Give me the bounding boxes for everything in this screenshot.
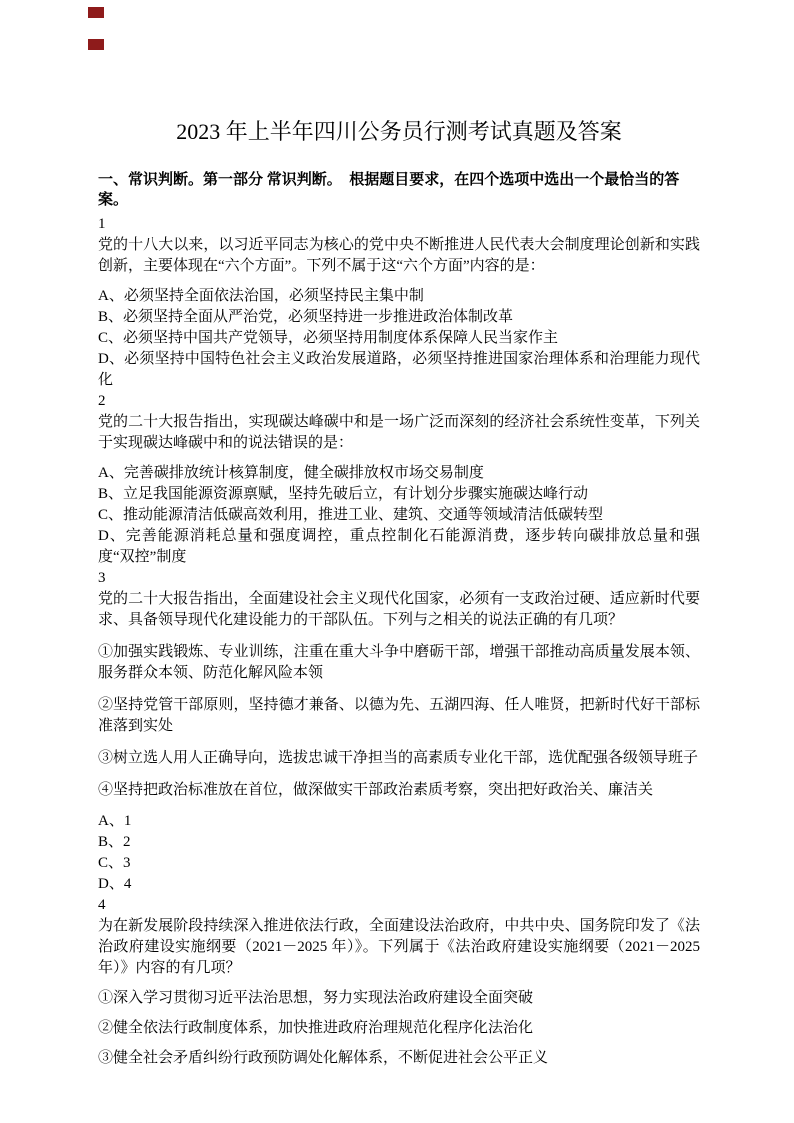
question-3-statement-1: ①加强实践锻炼、专业训练，注重在重大斗争中磨砺干部，增强干部推动高质量发展本领、…	[98, 642, 700, 684]
question-2: 2 党的二十大报告指出，实现碳达峰碳中和是一场广泛而深刻的经济社会系统性变革，下…	[98, 391, 700, 568]
question-3-option-b: B、2	[98, 832, 700, 853]
question-3-statement-4: ④坚持把政治标准放在首位，做深做实干部政治素质考察，突出把好政治关、廉洁关	[98, 780, 700, 801]
question-1-number: 1	[98, 214, 700, 235]
corner-mark-bottom	[88, 39, 104, 50]
question-3: 3 党的二十大报告指出，全面建设社会主义现代化国家，必须有一支政治过硬、适应新时…	[98, 568, 700, 895]
corner-mark-top	[88, 7, 104, 18]
question-1: 1 党的十八大以来，以习近平同志为核心的党中央不断推进人民代表大会制度理论创新和…	[98, 214, 700, 391]
question-4-statement-1: ①深入学习贯彻习近平法治思想，努力实现法治政府建设全面突破	[98, 988, 700, 1009]
question-2-option-c: C、推动能源清洁低碳高效利用，推进工业、建筑、交通等领域清洁低碳转型	[98, 505, 700, 526]
question-3-stem: 党的二十大报告指出，全面建设社会主义现代化国家，必须有一支政治过硬、适应新时代要…	[98, 589, 700, 631]
question-3-number: 3	[98, 568, 700, 589]
question-2-stem: 党的二十大报告指出，实现碳达峰碳中和是一场广泛而深刻的经济社会系统性变革，下列关…	[98, 412, 700, 454]
question-3-statement-2: ②坚持党管干部原则，坚持德才兼备、以德为先、五湖四海、任人唯贤，把新时代好干部标…	[98, 695, 700, 737]
question-4-statement-2: ②健全依法行政制度体系，加快推进政府治理规范化程序化法治化	[98, 1018, 700, 1039]
question-1-option-a: A、必须坚持全面依法治国，必须坚持民主集中制	[98, 286, 700, 307]
document-title: 2023 年上半年四川公务员行测考试真题及答案	[98, 118, 700, 146]
question-2-option-b: B、立足我国能源资源禀赋，坚持先破后立，有计划分步骤实施碳达峰行动	[98, 484, 700, 505]
question-1-stem: 党的十八大以来，以习近平同志为核心的党中央不断推进人民代表大会制度理论创新和实践…	[98, 235, 700, 277]
question-4: 4 为在新发展阶段持续深入推进依法行政，全面建设法治政府，中共中央、国务院印发了…	[98, 895, 700, 1069]
question-4-number: 4	[98, 895, 700, 916]
question-3-option-d: D、4	[98, 874, 700, 895]
question-3-option-a: A、1	[98, 811, 700, 832]
question-1-option-b: B、必须坚持全面从严治党，必须坚持进一步推进政治体制改革	[98, 307, 700, 328]
question-2-number: 2	[98, 391, 700, 412]
document-body: 2023 年上半年四川公务员行测考试真题及答案 一、常识判断。第一部分 常识判断…	[98, 118, 700, 1069]
question-4-statement-3: ③健全社会矛盾纠纷行政预防调处化解体系，不断促进社会公平正义	[98, 1048, 700, 1069]
question-2-option-a: A、完善碳排放统计核算制度，健全碳排放权市场交易制度	[98, 463, 700, 484]
question-3-statement-3: ③树立选人用人正确导向，选拔忠诚干净担当的高素质专业化干部，选优配强各级领导班子	[98, 748, 700, 769]
document-page: 2023 年上半年四川公务员行测考试真题及答案 一、常识判断。第一部分 常识判断…	[0, 0, 794, 1123]
question-3-option-c: C、3	[98, 853, 700, 874]
question-1-option-d: D、必须坚持中国特色社会主义政治发展道路，必须坚持推进国家治理体系和治理能力现代…	[98, 349, 700, 391]
question-3-options: A、1 B、2 C、3 D、4	[98, 811, 700, 895]
question-2-options: A、完善碳排放统计核算制度，健全碳排放权市场交易制度 B、立足我国能源资源禀赋，…	[98, 463, 700, 568]
question-2-option-d: D、完善能源消耗总量和强度调控，重点控制化石能源消费，逐步转向碳排放总量和强度“…	[98, 526, 700, 568]
question-4-stem: 为在新发展阶段持续深入推进依法行政，全面建设法治政府，中共中央、国务院印发了《法…	[98, 916, 700, 979]
section-header: 一、常识判断。第一部分 常识判断。 根据题目要求，在四个选项中选出一个最恰当的答…	[98, 170, 700, 210]
question-1-option-c: C、必须坚持中国共产党领导，必须坚持用制度体系保障人民当家作主	[98, 328, 700, 349]
question-1-options: A、必须坚持全面依法治国，必须坚持民主集中制 B、必须坚持全面从严治党，必须坚持…	[98, 286, 700, 391]
